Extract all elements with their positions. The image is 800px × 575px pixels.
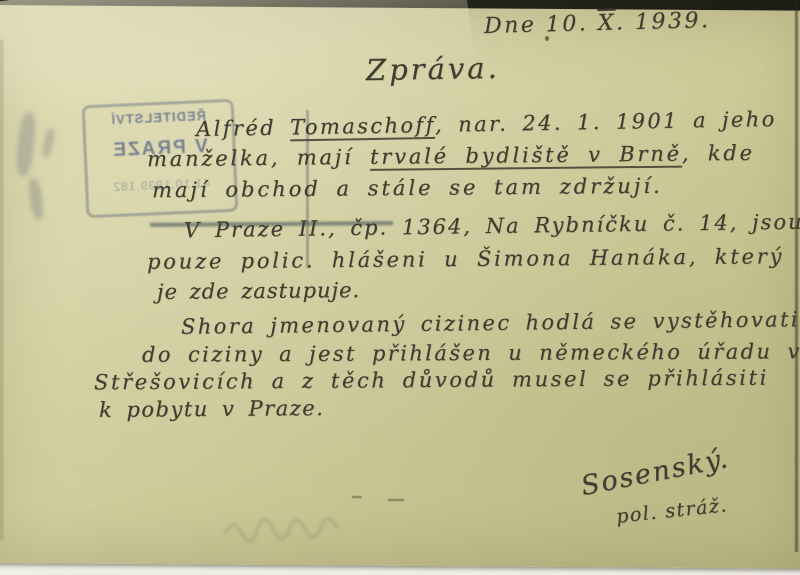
ink-speck [352,496,362,498]
ghost-handwriting-mark [201,500,344,555]
ink-speck [388,499,404,501]
handwritten-line: pouze polic. hlášeni u Šimona Hanáka, kt… [147,245,784,274]
handwritten-line: manželka, mají trvalé bydliště v Brně, k… [147,142,755,171]
signature-rank: pol. stráž. [615,495,729,527]
scan-right-edge [795,0,798,552]
handwritten-line: do ciziny a jest přihlášen u německého ú… [142,340,800,367]
handwritten-line: je zde zastupuje. [157,279,360,304]
scan-left-edge [0,40,3,540]
date-suffix: . 1939. [616,8,711,35]
page-title: Zpráva. [366,53,500,87]
ink-bleed-mark [27,177,45,220]
text-segment: , kde [682,141,755,166]
handwritten-line: k pobytu v Praze. [99,397,325,422]
ink-bleed-mark [41,127,56,158]
handwritten-line: Shora jmenovaný cizinec hodlá se vystěho… [181,308,800,339]
handwritten-line: Střešovicích a z těch důvodů musel se př… [94,367,769,395]
underlined-phrase: trvalé bydliště v Brně [370,142,682,171]
text-segment: , nar. 24. 1. 1901 a jeho [435,107,777,137]
document-scan: ŘEDITELSTVÍ V PRAZE 41.10.1939.182 Dne 1… [0,0,800,575]
ink-bleed-mark [15,111,38,176]
date-line: Dne 10. X. 1939. [484,9,711,39]
text-segment: Alfréd [196,115,290,141]
handwritten-line: Alfréd Tomaschoff, nar. 24. 1. 1901 a je… [196,108,777,141]
handwritten-line: V Praze II., čp. 1364, Na Rybníčku č. 14… [184,211,800,243]
scan-overlay: ŘEDITELSTVÍ V PRAZE 41.10.1939.182 Dne 1… [0,0,800,575]
text-segment: manželka, mají [147,145,370,171]
signature-name: Sosenský. [579,444,732,502]
date-month-roman: X [597,11,616,36]
underlined-name: Tomaschoff [290,113,435,142]
handwritten-line: mají obchod a stále se tam zdržují. [152,175,663,203]
date-prefix: Dne 10. [484,11,598,39]
